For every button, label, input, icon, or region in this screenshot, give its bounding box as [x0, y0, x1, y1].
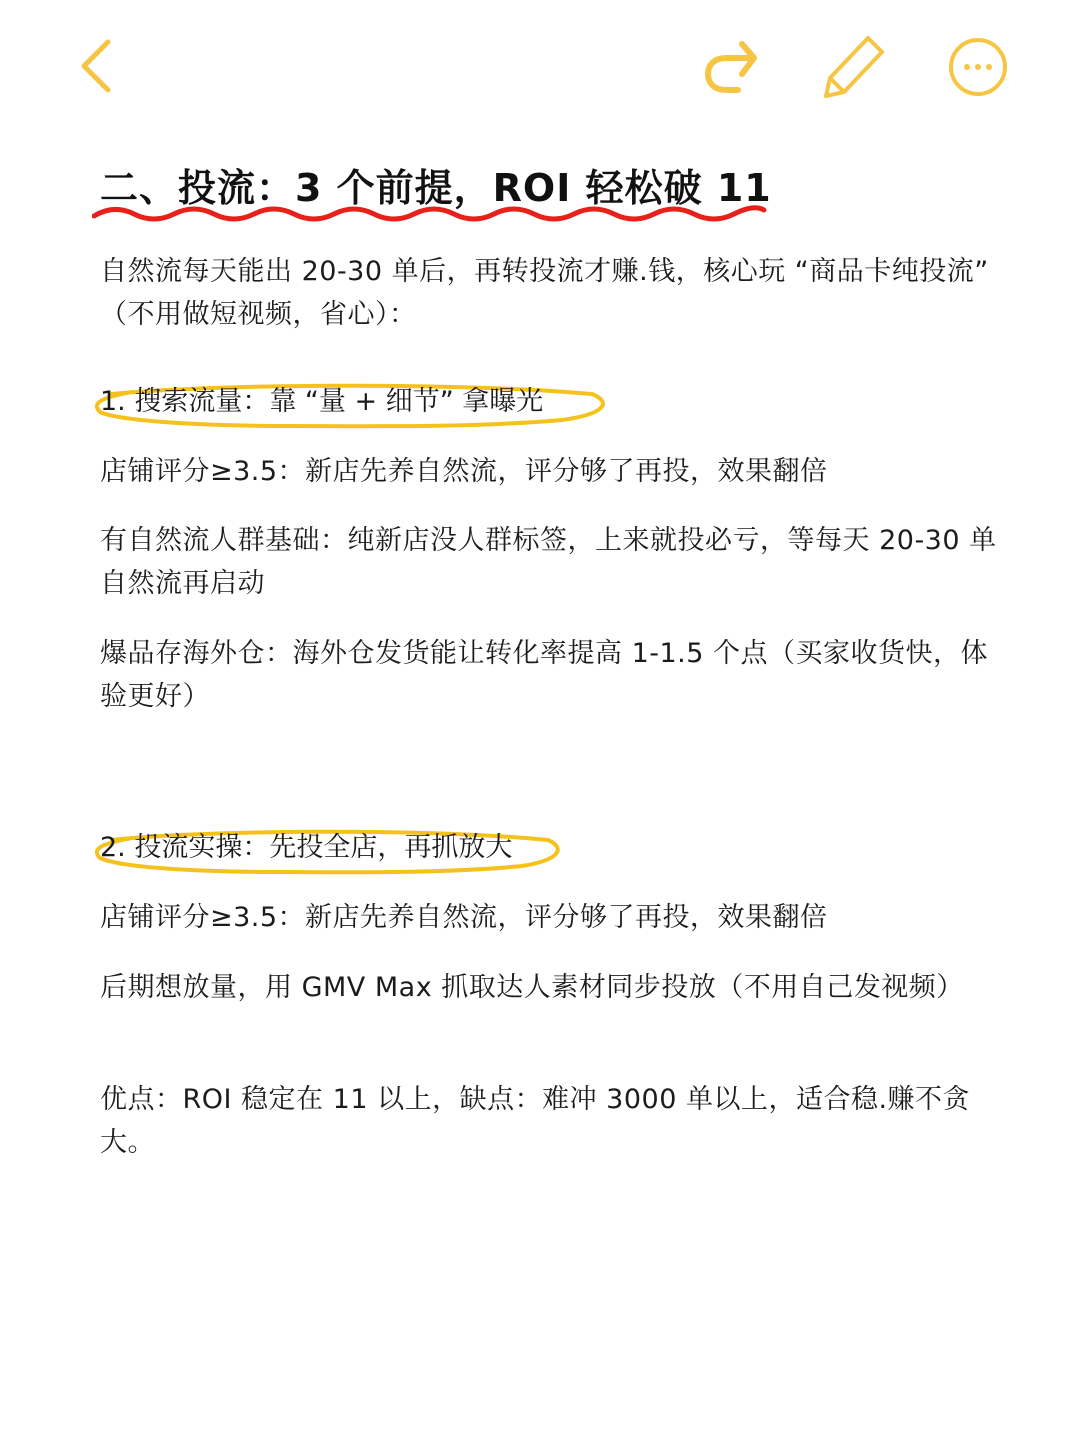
section-2-item-3: 优点：ROI 稳定在 11 以上，缺点：难冲 3000 单以上，适合稳.赚不贪大… [100, 1078, 1000, 1164]
edit-button[interactable] [818, 34, 890, 100]
back-icon [72, 36, 122, 96]
section-2-heading-block: 2. 投流实操：先投全店，再抓放大 [92, 826, 567, 874]
section-1-item-1: 店铺评分≥3.5：新店先养自然流，评分够了再投，效果翻倍 [100, 450, 1000, 493]
top-bar [0, 0, 1080, 130]
pencil-icon [818, 34, 890, 100]
section-1-heading-block: 1. 搜索流量：靠 “量 + 细节” 拿曝光 [92, 380, 612, 428]
section-2-item-2: 后期想放量，用 GMV Max 抓取达人素材同步投放（不用自己发视频） [100, 966, 1000, 1009]
section-2-item-1: 店铺评分≥3.5：新店先养自然流，评分够了再投，效果翻倍 [100, 896, 1000, 939]
section-1-heading: 1. 搜索流量：靠 “量 + 细节” 拿曝光 [100, 380, 543, 424]
section-1-item-2: 有自然流人群基础：纯新店没人群标签，上来就投必亏，等每天 20-30 单自然流再… [100, 519, 1000, 605]
intro-paragraph: 自然流每天能出 20-30 单后，再转投流才赚.钱，核心玩 “商品卡纯投流” （… [100, 250, 1000, 336]
back-button[interactable] [72, 36, 122, 96]
share-button[interactable] [700, 38, 764, 98]
section-2-heading: 2. 投流实操：先投全店，再抓放大 [100, 826, 512, 870]
more-options-button[interactable] [946, 36, 1010, 98]
section-1-item-3: 爆品存海外仓：海外仓发货能让转化率提高 1-1.5 个点（买家收货快，体验更好） [100, 632, 1000, 718]
article-title-block: 二、投流：3 个前提，ROI 轻松破 11 [100, 160, 800, 230]
share-icon [700, 38, 764, 98]
more-icon [946, 36, 1010, 98]
red-wavy-underline [92, 200, 772, 230]
